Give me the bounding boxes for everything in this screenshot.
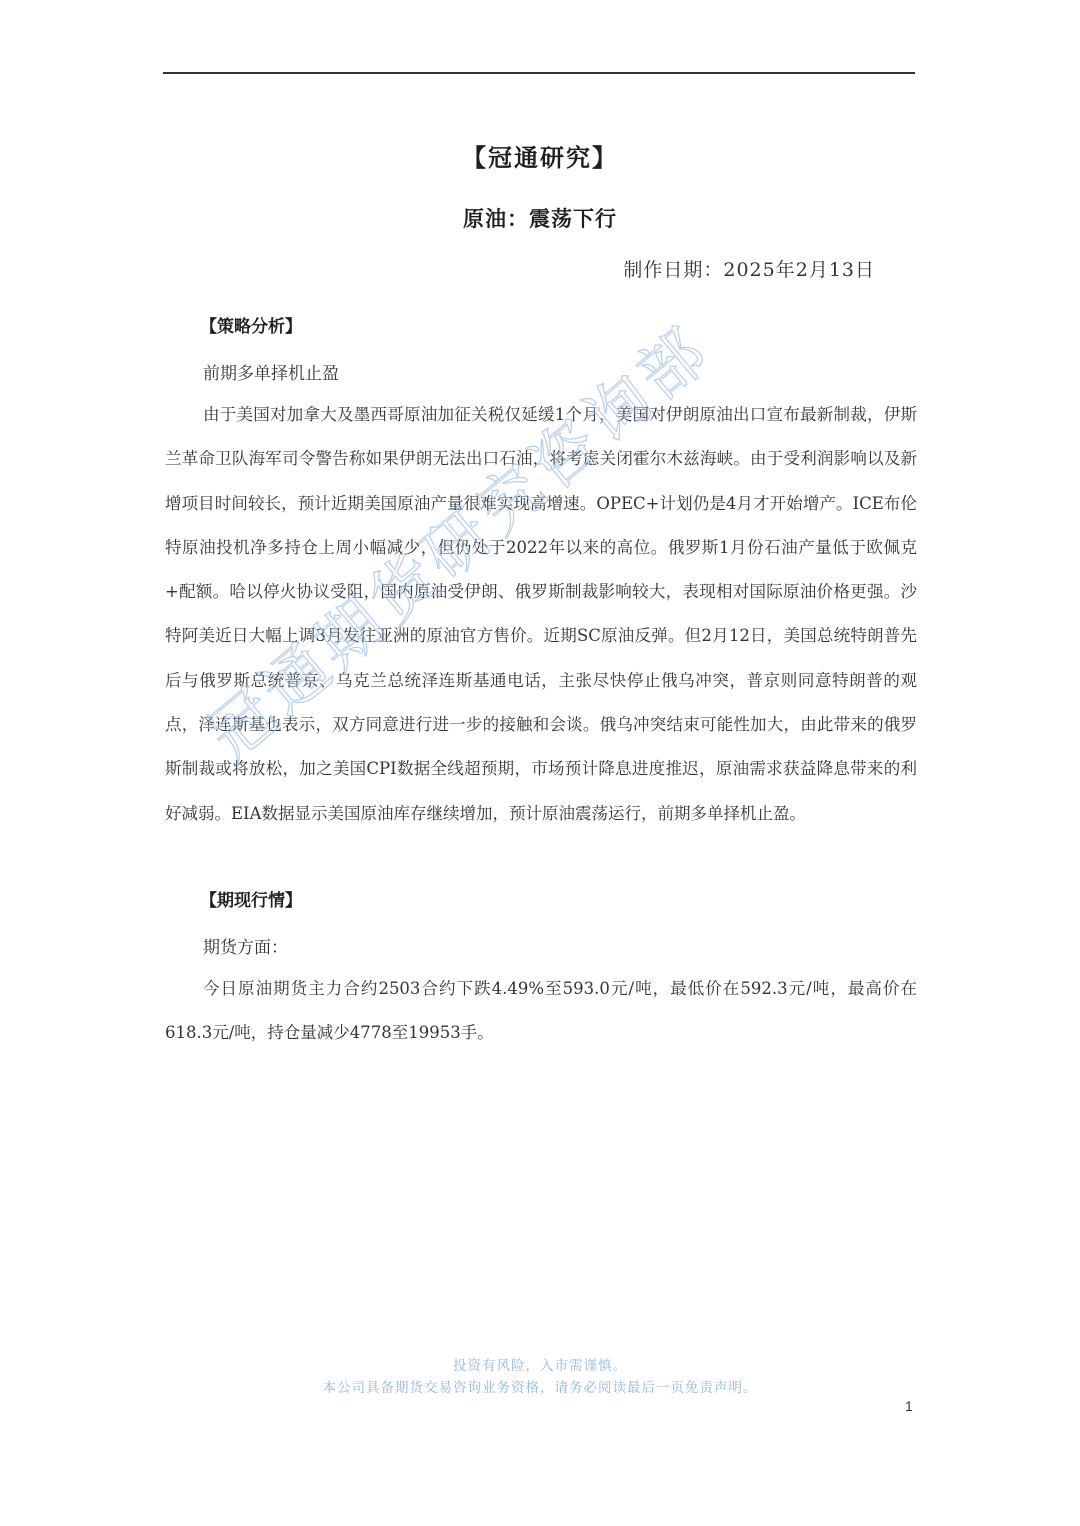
market-section-heading: 【期现行情】 (200, 886, 302, 911)
strategy-subheading: 前期多单择机止盈 (203, 359, 339, 384)
strategy-section-heading: 【策略分析】 (200, 312, 302, 337)
header-divider (163, 72, 915, 74)
page-number: 1 (905, 1398, 913, 1414)
strategy-paragraph: 由于美国对加拿大及墨西哥原油加征关税仅延缓1个月，美国对伊朗原油出口宣布最新制裁… (165, 393, 917, 836)
risk-notice: 投资有风险，入市需谨慎。 (0, 1354, 1080, 1374)
report-date: 制作日期：2025年2月13日 (623, 255, 875, 282)
market-paragraph: 今日原油期货主力合约2503合约下跌4.49%至593.0元/吨，最低价在592… (165, 967, 917, 1056)
brand-title: 【冠通研究】 (0, 138, 1080, 173)
disclaimer-notice: 本公司具备期货交易咨询业务资格，请务必阅读最后一页免责声明。 (0, 1376, 1080, 1396)
report-title: 原油：震荡下行 (0, 203, 1080, 233)
market-subheading: 期货方面： (203, 933, 288, 958)
